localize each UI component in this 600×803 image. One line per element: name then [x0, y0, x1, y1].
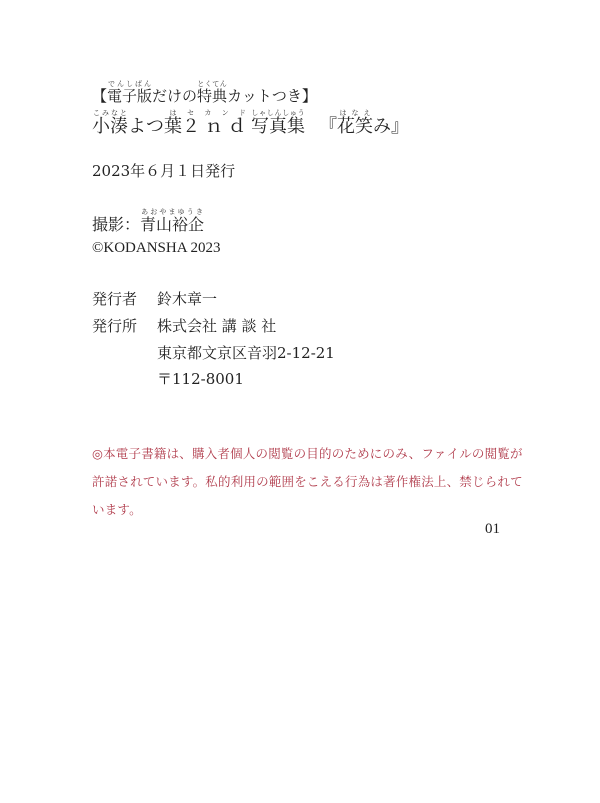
usage-notice: ◎本電子書籍は、購入者個人の閲覧の目的のためにのみ、ファイルの閲覧が 許諾されて…: [92, 440, 512, 524]
notice-line: います。: [92, 496, 512, 524]
title-quote-open: 『: [319, 116, 337, 137]
publisher-label: 発行者: [92, 292, 157, 307]
title-ruby-hanae: 花笑はなえ: [337, 116, 373, 137]
company-row: 発行所株式会社 講 談 社: [92, 319, 276, 334]
subtitle-text-dakeno: だけの: [152, 87, 197, 105]
edition-subtitle: 【電子版でんしばんだけの特典とくてんカットつき】: [92, 80, 317, 104]
address-row: 東京都文京区音羽2-12-21: [92, 346, 335, 361]
title-text-mi: み: [373, 116, 391, 137]
subtitle-ruby-denshiban: 電子版でんしばん: [107, 87, 152, 105]
company-address: 東京都文京区音羽2-12-21: [157, 346, 335, 361]
company-name: 株式会社 講 談 社: [157, 319, 276, 334]
copyright-notice: ©KODANSHA 2023: [92, 241, 221, 256]
photographer-credit: 撮影：青山裕企あおやまゆうき: [92, 208, 204, 233]
subtitle-ruby-tokuten: 特典とくてん: [197, 87, 227, 105]
notice-line: 許諾されています。私的利用の範囲をこえる行為は著作権法上、禁じられて: [92, 468, 512, 496]
publish-date: 2023年６月１日発行: [92, 164, 235, 179]
publisher-name: 鈴木章一: [157, 292, 217, 307]
title-ruby-kominato: 小湊こみなと: [92, 116, 128, 137]
subtitle-open-bracket: 【: [92, 87, 107, 105]
publisher-row: 発行者鈴木章一: [92, 292, 217, 307]
subtitle-text-cut: カットつき: [227, 87, 302, 105]
page-number: 01: [485, 521, 500, 538]
colophon-page: 【電子版でんしばんだけの特典とくてんカットつき】 小湊こみなとよつ葉は２ｎｄセカ…: [0, 0, 600, 803]
title-ruby-second: ２ｎｄセカンド: [182, 116, 251, 137]
photographer-name: 青山裕企あおやまゆうき: [140, 215, 204, 234]
notice-line: ◎本電子書籍は、購入者個人の閲覧の目的のためにのみ、ファイルの閲覧が: [92, 440, 512, 468]
title-ruby-shashinshu: 写真集しゃしんしゅう: [251, 116, 305, 137]
postal-code: 〒112-8001: [157, 372, 244, 387]
title-ruby-ha: 葉は: [164, 116, 182, 137]
photographer-label: 撮影：: [92, 215, 140, 234]
title-text-yotsu: よつ: [128, 116, 164, 137]
postal-row: 〒112-8001: [92, 372, 244, 387]
subtitle-close-bracket: 】: [302, 87, 317, 105]
company-label: 発行所: [92, 319, 157, 334]
book-title: 小湊こみなとよつ葉は２ｎｄセカンド写真集しゃしんしゅう『花笑はなえみ』: [92, 109, 409, 136]
title-quote-close: 』: [391, 116, 409, 137]
